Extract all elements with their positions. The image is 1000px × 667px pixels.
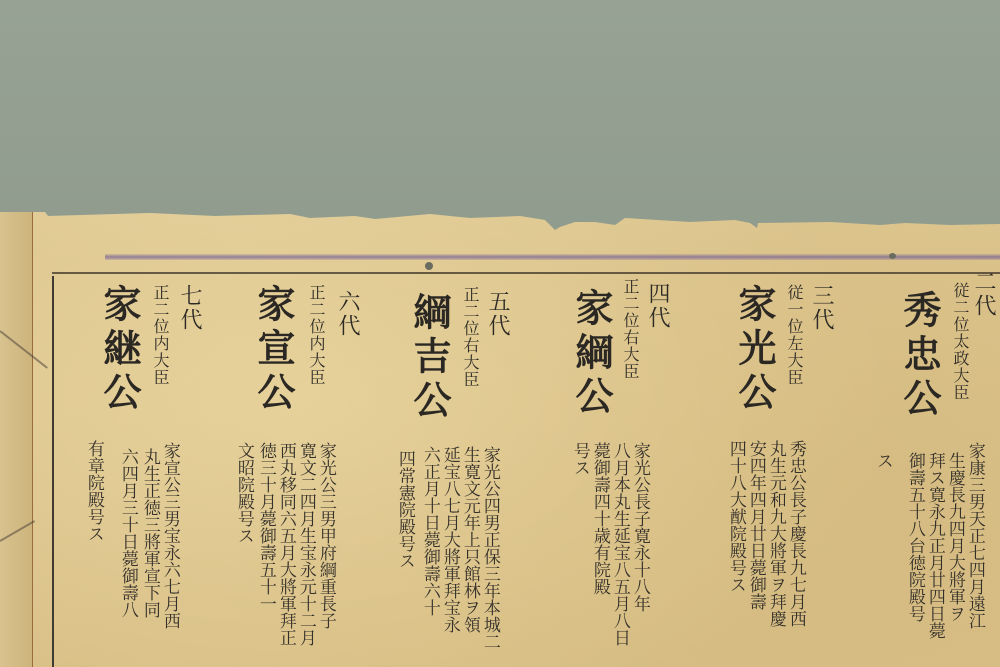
rank-label: 従二位太政大臣 (952, 282, 968, 401)
biography-line: 家康三男天正七四月遠江 (965, 442, 983, 629)
biography-line: 生慶長九四月大將軍ヲ (945, 452, 963, 622)
biography-line: 生寛文元年上只館林ヲ領 (460, 446, 478, 633)
purple-header-rule (105, 254, 1000, 260)
biography-line: 安四年四月廿日薨御壽 (746, 440, 764, 610)
biography-line: ス (873, 452, 891, 469)
biography-line: 薨御壽四十歳有院殿 (590, 442, 608, 595)
biography-line: 丸生元和九大將軍ヲ拜慶 (766, 440, 784, 627)
biography-line: 秀忠公長子慶長九七月西 (786, 440, 804, 627)
biography-line: 家光公三男甲府綱重長子 (316, 442, 334, 629)
biography-line: 号ス (570, 442, 588, 476)
generation-label: 三代 (810, 284, 832, 332)
biography-line: 四常憲院殿号ス (395, 450, 413, 569)
generation-label: 四代 (646, 282, 668, 330)
rank-label: 正二位右大臣 (622, 278, 638, 380)
biography-line: 四十八大猷院殿号ス (726, 440, 744, 593)
biography-line: 延宝八七月大將軍拜宝永 (440, 446, 458, 633)
generation-label: 六代 (336, 290, 358, 338)
biography-line: 寛文二四月生宝永元十二月 (296, 442, 314, 646)
frame-top-rule (52, 272, 1000, 274)
paper-hole (425, 262, 433, 270)
generation-label: 七代 (178, 284, 200, 332)
rank-label: 正二位内大臣 (152, 284, 168, 386)
biography-line: 有章院殿号ス (84, 440, 102, 542)
shogun-name: 綱吉公 (410, 292, 448, 424)
shogun-name: 家継公 (100, 284, 138, 416)
shogun-name: 家光公 (735, 284, 773, 416)
biography-line: 八月本丸生延宝八五月八日 (610, 442, 628, 646)
rank-label: 正二位内大臣 (308, 284, 324, 386)
shogun-name: 家綱公 (572, 288, 610, 420)
biography-line: 家宣公三男宝永六七月西 (160, 442, 178, 629)
biography-line: 六四月三十日薨御壽八 (118, 448, 136, 618)
biography-line: 西丸移同六五月大將軍拜正 (276, 442, 294, 646)
biography-line: 家光公四男正保三年本城二 (480, 446, 498, 650)
shogun-name: 家宣公 (254, 284, 292, 416)
rank-label: 正二位右大臣 (462, 286, 478, 388)
frame-left-rule (52, 276, 54, 667)
mounting-strip (0, 212, 33, 667)
biography-line: 御壽五十八台徳院殿号 (905, 452, 923, 622)
paper-hole (889, 253, 896, 259)
generation-label: 五代 (486, 290, 508, 338)
biography-line: 丸生正徳三將軍宣下同 (140, 448, 158, 618)
generation-label: 二代 (972, 270, 994, 318)
rank-label: 従一位左大臣 (786, 284, 802, 386)
biography-line: 六正月十日薨御壽六十 (420, 446, 438, 616)
biography-line: 文昭院殿号ス (234, 442, 252, 544)
biography-line: 徳三十月薨御壽五十一 (256, 442, 274, 612)
shogun-name: 秀忠公 (900, 290, 938, 422)
biography-line: 拜ス寛永九正月廿四日薨 (925, 452, 943, 639)
biography-line: 家光公長子寛永十八年 (630, 442, 648, 612)
